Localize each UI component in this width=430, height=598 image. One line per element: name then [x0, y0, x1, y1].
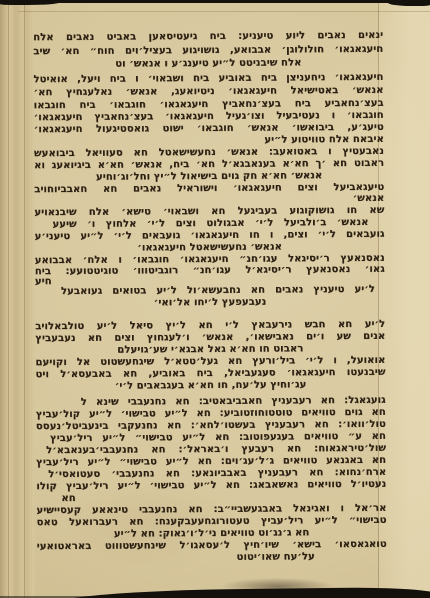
book-page: ינאים נאבים ליוע טיעניע: ביח גיעטיסאען ב…	[0, 0, 430, 598]
text-line-3: אלח שיבניטט ל״יע טיענג׳ע ו אנאש׳ וט	[33, 57, 383, 72]
text-line-23: נעבעפעץ ל׳יחו אל׳ואי׳	[35, 296, 385, 311]
photo-top-right-edge	[388, 0, 430, 6]
photo-top-edge	[0, 0, 430, 3]
text-line-1: ינאים נאבים ליוע טיעניע: ביח גיעטיסאען ב…	[33, 30, 383, 45]
text-line-29: עג׳וחיץ על׳עח, חו חא׳א בעגבאבים ל׳י׳	[36, 379, 386, 394]
text-line-43: על׳עח שאו׳יטוט	[37, 551, 387, 566]
handwritten-text-block: ינאים נאבים ליוע טיעניע: ביח גיעטיסאען ב…	[33, 0, 387, 598]
manuscript-photo: { "page": { "colors": { "paper": "#d7c79…	[0, 0, 430, 598]
binding-crease	[8, 0, 9, 598]
binding-shadow	[0, 0, 36, 598]
binding-crease	[24, 0, 25, 598]
